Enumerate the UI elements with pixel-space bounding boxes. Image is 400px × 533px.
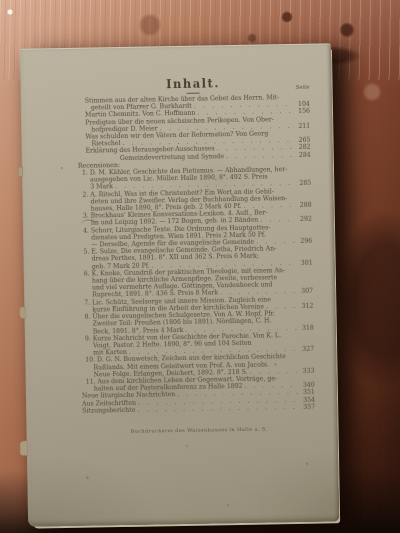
page-title: Inhalt.: [76, 75, 309, 92]
dot-leaders: . . . . . . . . . . . . . . . . . . . . …: [264, 303, 298, 311]
toc-page-number: 288: [297, 202, 312, 209]
toc-entry: 1. D. M. Kähler, Geschichte des Pietismu…: [82, 166, 311, 192]
toc-entry: 2. A. Ritschl, Was ist die Christenheit?…: [82, 187, 311, 213]
toc-entry-text: Sitzungsberichte: [82, 407, 135, 415]
page-header: Inhalt. Seite: [76, 76, 309, 96]
toc-entry: 4. Schorr, Liturgische Texte. Die Ordnun…: [83, 223, 312, 249]
dot-leaders: . . . . . . . . . . . . . . . . . . . . …: [258, 216, 297, 224]
toc-page-number: 284: [296, 151, 311, 158]
toc-entry: 6. K. Knoke, Grundriß der praktischen Th…: [84, 267, 313, 300]
dot-leaders: . . . . . . . . . . . . . . . . . . . . …: [135, 404, 300, 414]
toc-page-number: 301: [298, 259, 313, 266]
toc-entry: 10. D. G. N. Bonwetsch, Zeichen aus der …: [85, 353, 314, 379]
toc-page-number: 292: [297, 216, 312, 223]
toc-entry-text: 3 Mark: [90, 184, 113, 192]
toc-page-number: 327: [299, 346, 314, 353]
toc-page-number: 285: [296, 180, 311, 187]
dot-leaders: . . . . . . . . . . . . . . . . . . . . …: [224, 152, 296, 160]
page-content: Inhalt. Seite Stimmen aus der alten Kirc…: [20, 43, 339, 526]
toc-page-number: 156: [295, 108, 310, 115]
page-number-column-header: Seite: [296, 85, 310, 91]
toc-page-number: 211: [295, 123, 310, 130]
photo-of-book-page-on-wooden-table: Inhalt. Seite Stimmen aus der alten Kirc…: [0, 0, 400, 533]
toc-page-number: 318: [299, 324, 314, 331]
toc-page-number: 307: [298, 288, 313, 295]
toc-page-number: 357: [300, 403, 315, 410]
toc-page-number: 312: [298, 303, 313, 310]
book-page: Inhalt. Seite Stimmen aus der alten Kirc…: [20, 43, 339, 526]
dot-leaders: . . . . . . . . . . . . . . . . . . . . …: [242, 202, 297, 210]
title-rule: [187, 93, 200, 94]
toc-list: Stimmen aus der alten Kirche über das Ge…: [77, 94, 315, 415]
printer-imprint: Buchdruckerei des Waisenhauses in Halle …: [83, 426, 316, 436]
toc-page-number: 333: [299, 367, 314, 374]
toc-page-number: 296: [297, 238, 312, 245]
